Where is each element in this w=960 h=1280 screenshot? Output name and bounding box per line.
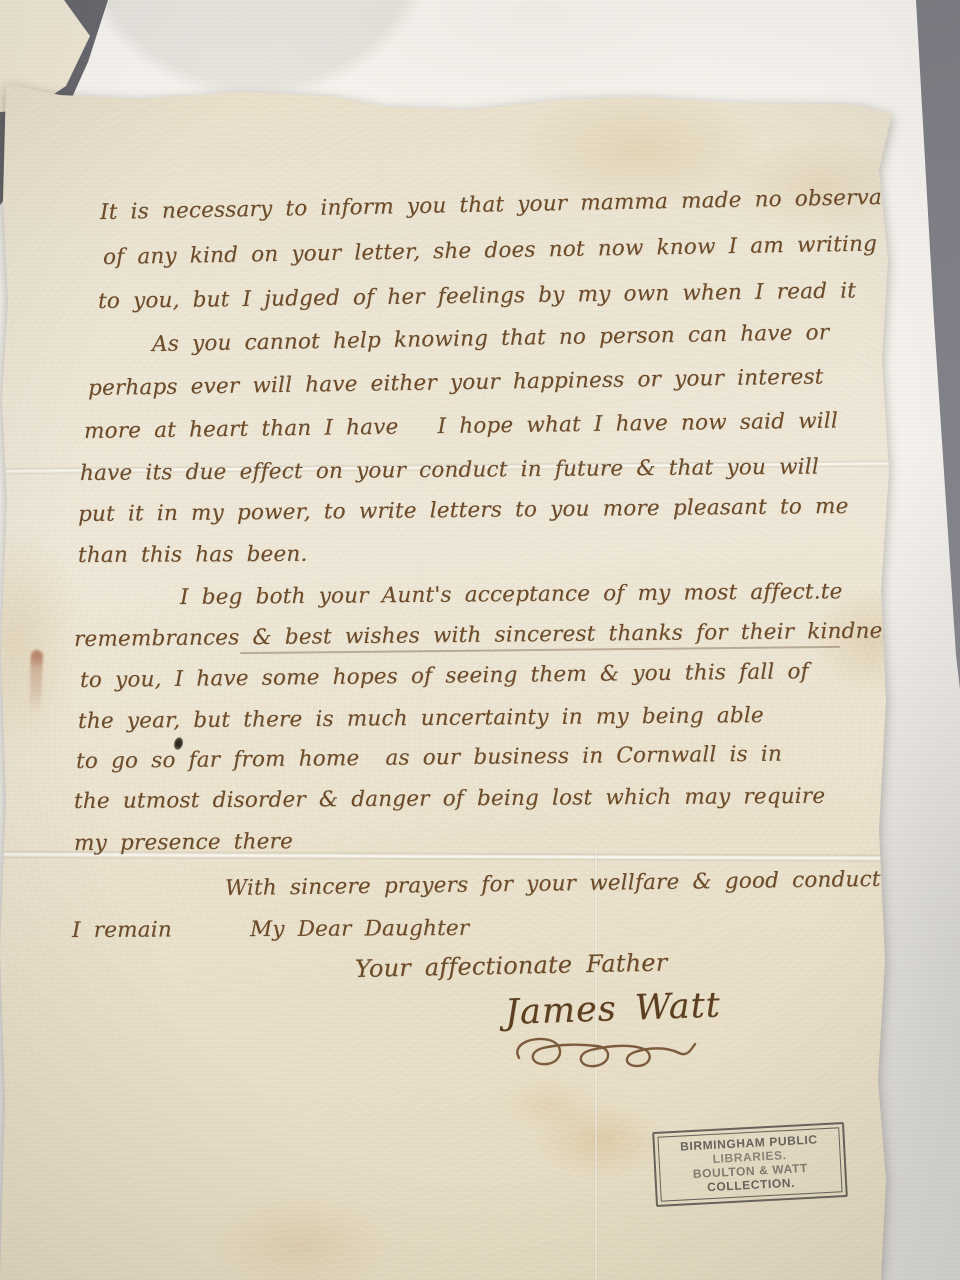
letter-line: perhaps ever will have either your happi… — [88, 364, 824, 401]
letter-line: It is necessary to inform you that your … — [100, 184, 937, 225]
letter-line: I remain My Dear Daughter — [72, 916, 469, 943]
letter-line: have its due effect on your conduct in f… — [80, 455, 819, 486]
collection-stamp: BIRMINGHAM PUBLIC LIBRARIES. BOULTON & W… — [652, 1122, 848, 1207]
letter-page: It is necessary to inform you that your … — [0, 0, 960, 1280]
stamp-inner-border: BIRMINGHAM PUBLIC LIBRARIES. BOULTON & W… — [657, 1127, 842, 1201]
letter-closing-line: Your affectionate Father — [355, 948, 668, 983]
letter-line: the utmost disorder & danger of being lo… — [74, 784, 825, 814]
letter-line: the year, but there is much uncertainty … — [78, 703, 764, 734]
letter-line: With sincere prayers for your wellfare &… — [225, 867, 881, 901]
photographed-letter-scene: It is necessary to inform you that your … — [0, 0, 960, 1280]
letter-line: to you, but I judged of her feelings by … — [98, 278, 856, 314]
letter-line: to you, I have some hopes of seeing them… — [80, 659, 809, 693]
letter-line: my presence there — [74, 829, 293, 856]
letter-line: put it in my power, to write letters to … — [78, 494, 849, 527]
letter-line: than this has been. — [78, 542, 308, 568]
letter-line: more at heart than I have I hope what I … — [84, 408, 838, 444]
signature-flourish — [505, 1028, 715, 1078]
letter-line: As you cannot help knowing that no perso… — [152, 320, 830, 357]
letter-line: of any kind on your letter, she does not… — [103, 231, 877, 270]
ink-smudge — [29, 650, 43, 714]
signature: James Watt — [504, 985, 721, 1033]
letter-line: I beg both your Aunt's acceptance of my … — [180, 579, 843, 610]
letter-page-wrap: It is necessary to inform you that your … — [0, 0, 960, 1280]
